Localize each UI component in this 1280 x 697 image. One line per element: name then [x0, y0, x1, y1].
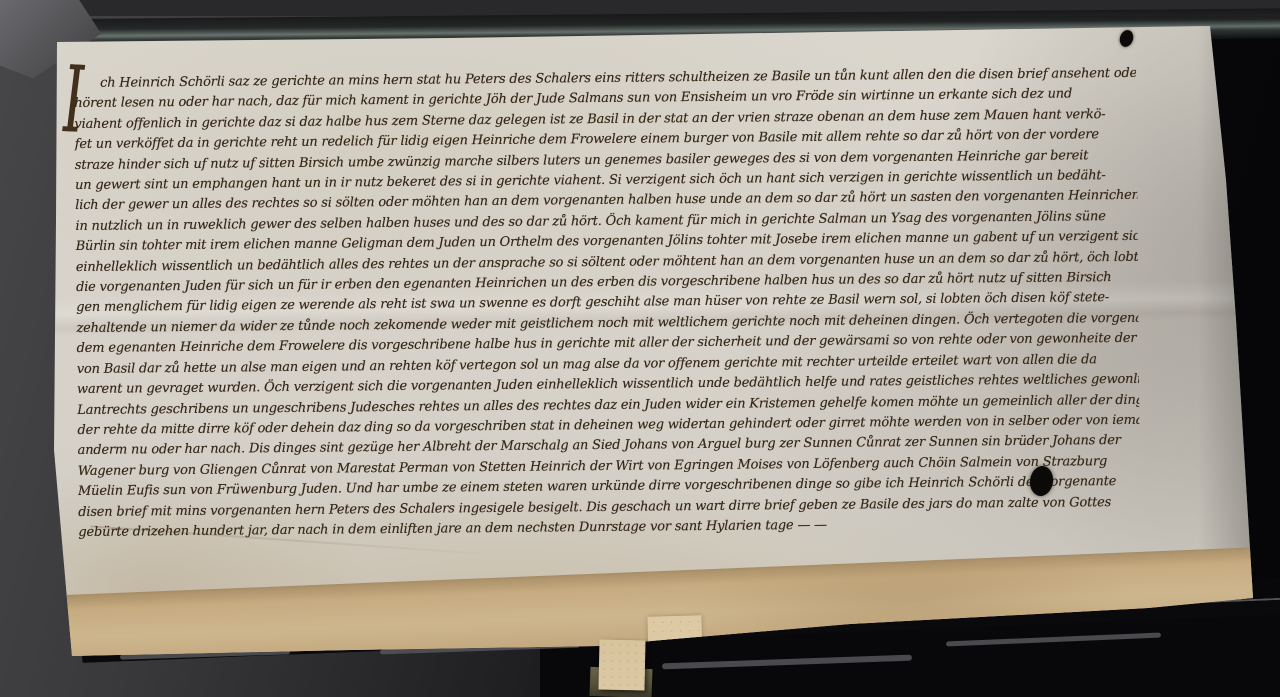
- parchment-charter: I ch Heinrich Schörli saz ze gerichte an…: [50, 20, 1258, 662]
- display-case-photo: I ch Heinrich Schörli saz ze gerichte an…: [0, 0, 1280, 697]
- seal-tag: [598, 640, 645, 691]
- manuscript-text: ch Heinrich Schörli saz ze gerichte an m…: [74, 64, 1140, 544]
